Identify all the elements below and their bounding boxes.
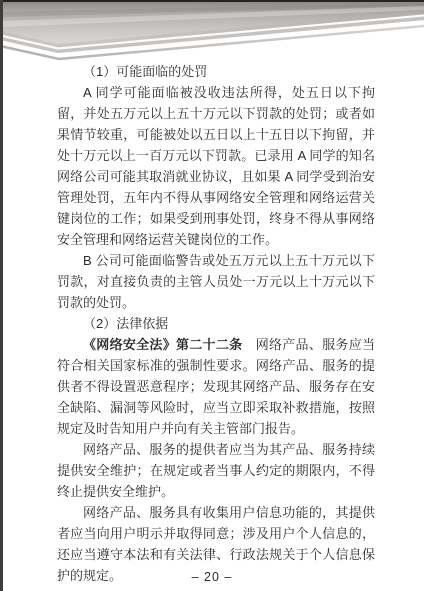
header-decoration [0, 0, 424, 64]
heading-legal-basis: （2）法律依据 [57, 313, 375, 334]
paragraph-company-b-penalty: B 公司可能面临警告或处五万元以上五十万元以下罚款，对直接负责的主管人员处一万元… [57, 250, 375, 313]
page-left-edge-shadow [0, 0, 3, 591]
law-citation-bold: 《网络安全法》第二十二条 [83, 337, 242, 352]
paragraph-law-article-22: 《网络安全法》第二十二条 网络产品、服务应当符合相关国家标准的强制性要求。网络产… [57, 334, 375, 439]
page-number: – 20 – [0, 570, 424, 584]
heading-possible-penalties: （1）可能面临的处罚 [57, 61, 375, 82]
header-swoosh-graphic [0, 0, 424, 64]
document-body: （1）可能面临的处罚 A 同学可能面临被没收违法所得，处五日以下拘留，并处五万元… [57, 61, 375, 586]
scanned-book-page: （1）可能面临的处罚 A 同学可能面临被没收违法所得，处五日以下拘留，并处五万元… [0, 0, 424, 591]
paragraph-student-a-penalty: A 同学可能面临被没收违法所得，处五日以下拘留，并处五万元以上五十万元以下罚款的… [57, 82, 375, 250]
paragraph-security-maintenance: 网络产品、服务的提供者应当为其产品、服务持续提供安全维护；在规定或者当事人约定的… [57, 439, 375, 502]
